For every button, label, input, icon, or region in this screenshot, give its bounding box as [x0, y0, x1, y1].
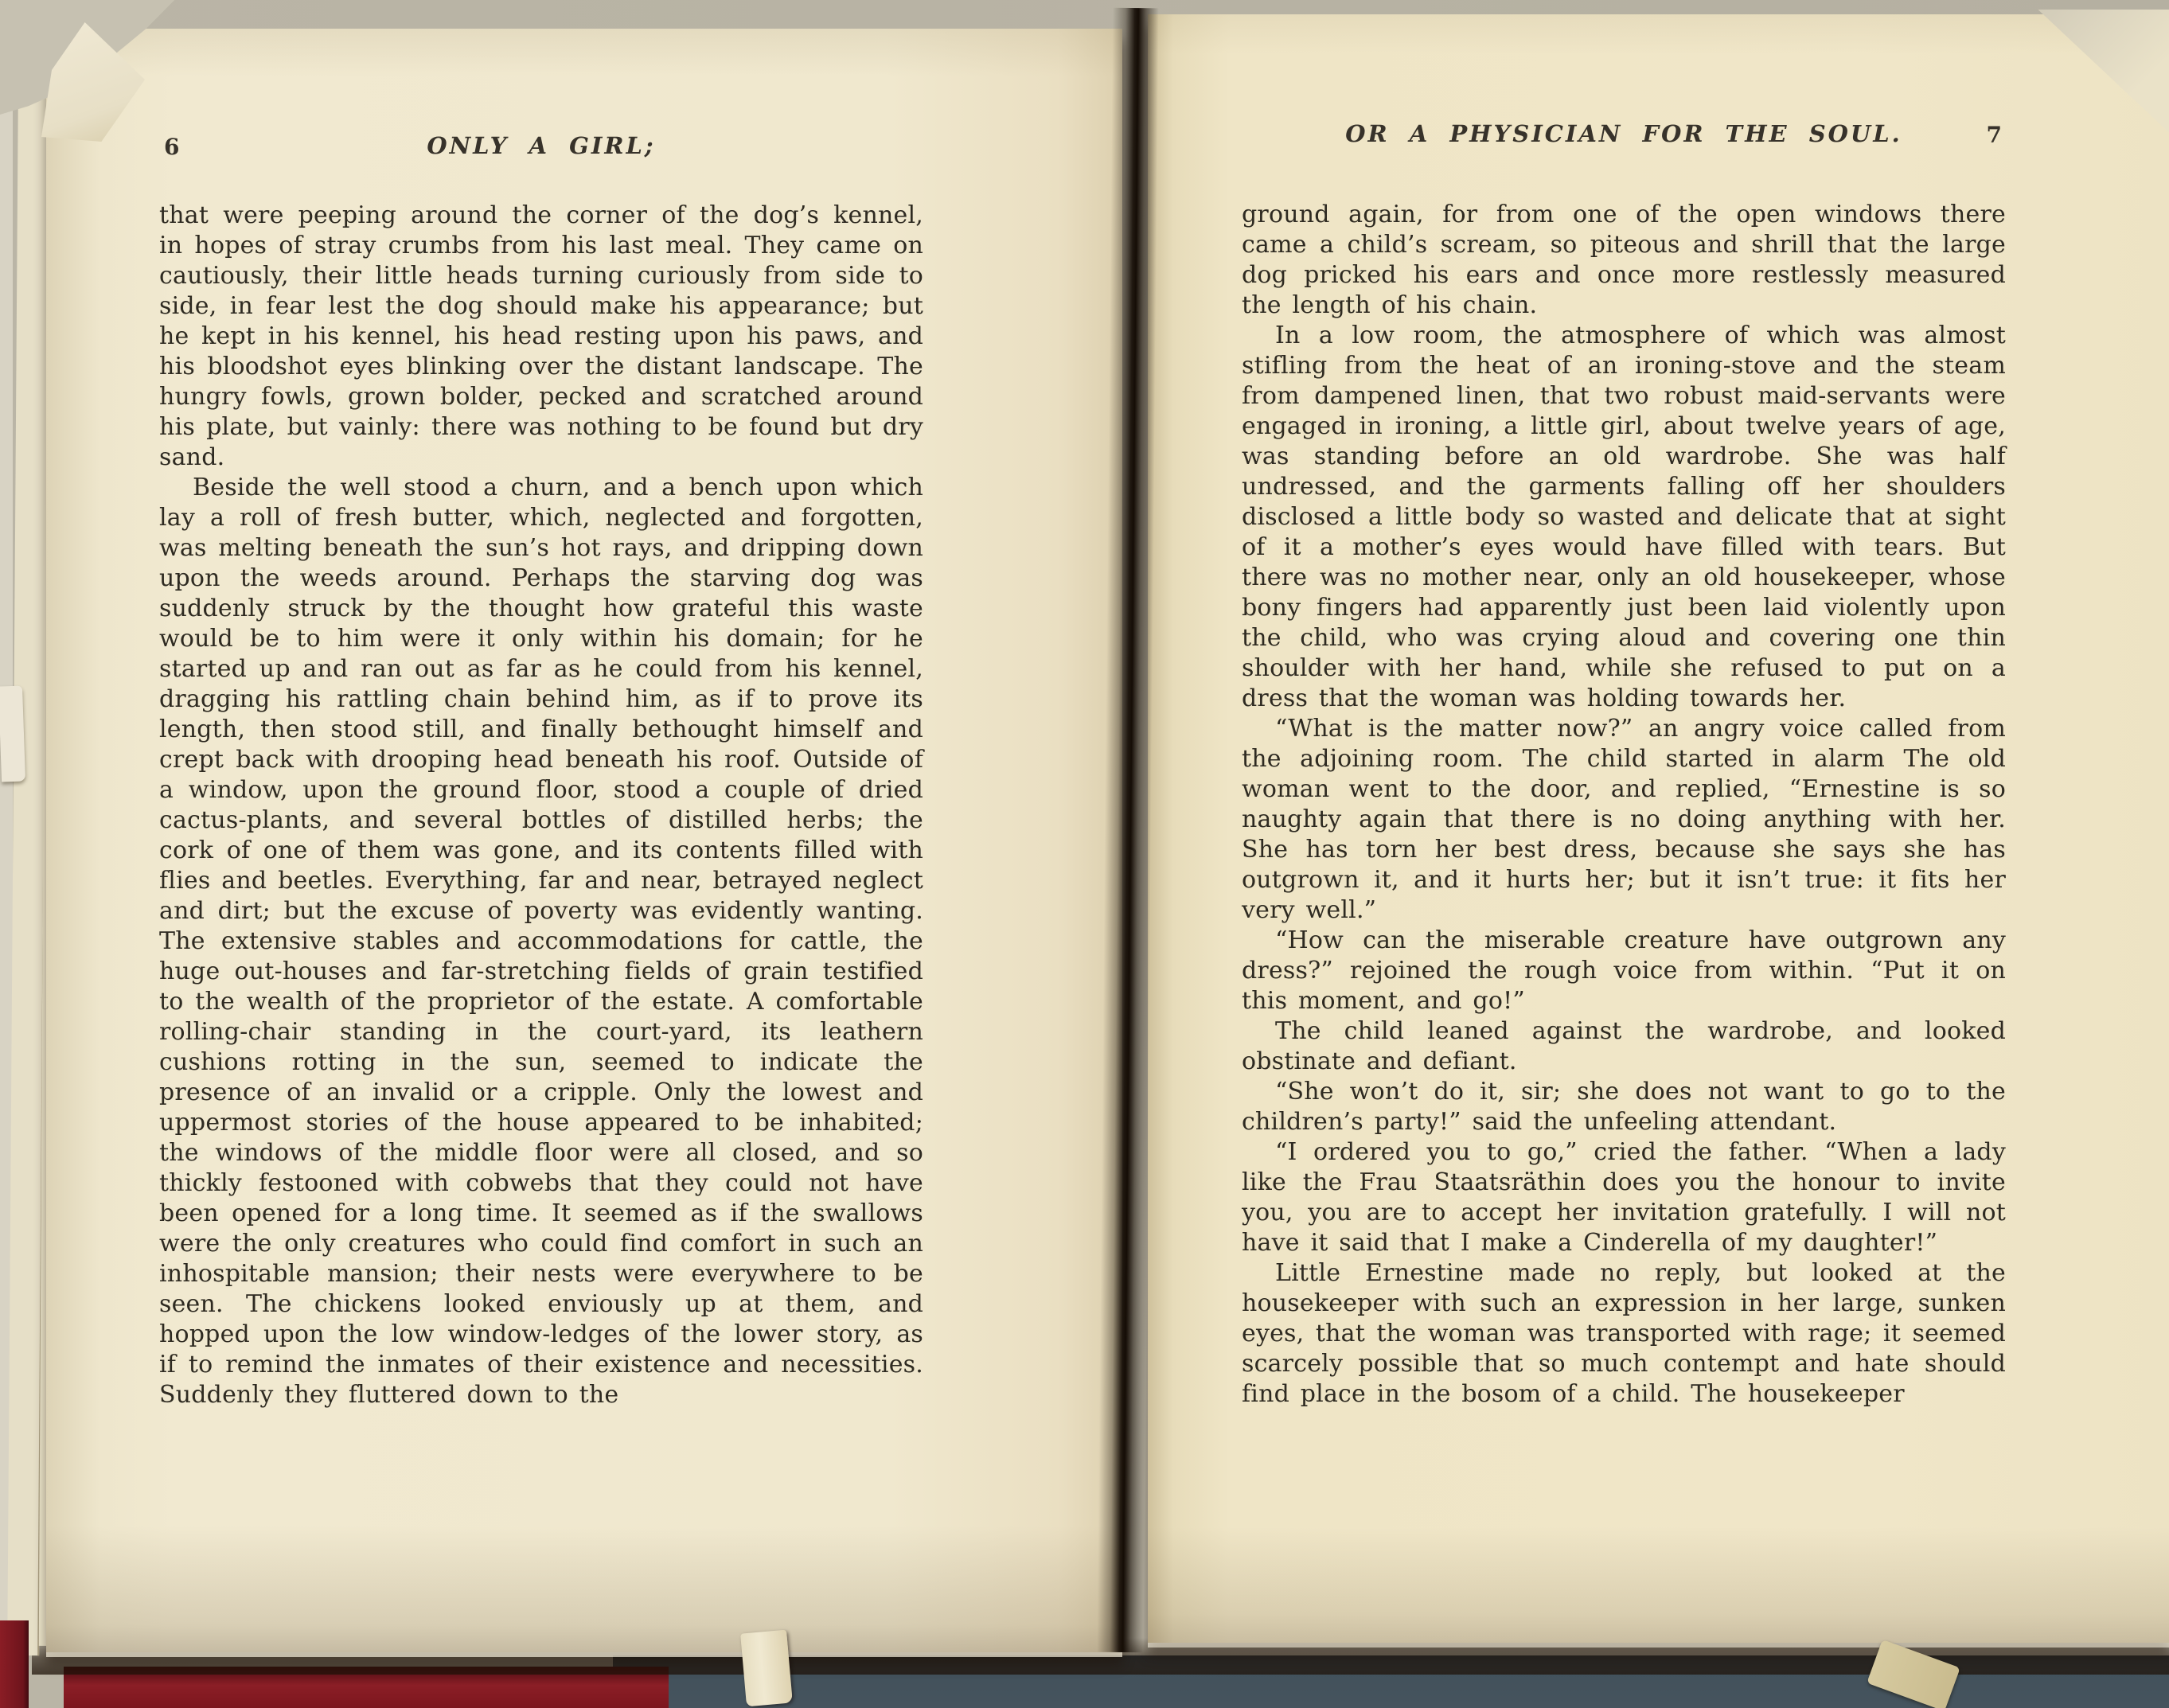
paper-tab-left [0, 686, 25, 782]
left-running-title: ONLY A GIRL; [159, 132, 923, 159]
page-right: OR A PHYSICIAN FOR THE SOUL. 7 ground ag… [1148, 14, 2169, 1643]
paragraph: Little Ernestine made no reply, but look… [1242, 1258, 2006, 1410]
right-running-head: OR A PHYSICIAN FOR THE SOUL. 7 [1242, 120, 2006, 152]
paragraph: that were peeping around the corner of t… [159, 201, 923, 473]
paragraph: Beside the well stood a churn, and a ben… [159, 473, 923, 1410]
paragraph: “I ordered you to go,” cried the father.… [1242, 1137, 2006, 1258]
paragraph: In a low room, the atmosphere of which w… [1242, 321, 2006, 714]
right-page-number: 7 [1987, 122, 2003, 148]
book-cover-red-corner [0, 1620, 29, 1708]
page-right-body: ground again, for from one of the open w… [1242, 200, 2006, 1410]
page-left-body: that were peeping around the corner of t… [159, 201, 923, 1410]
paragraph: ground again, for from one of the open w… [1242, 200, 2006, 321]
paragraph: “What is the matter now?” an angry voice… [1242, 714, 2006, 926]
paragraph: The child leaned against the wardrobe, a… [1242, 1016, 2006, 1077]
book-scan: 6 ONLY A GIRL; that were peeping around … [0, 0, 2169, 1708]
left-page-number: 6 [164, 134, 180, 160]
left-running-head: 6 ONLY A GIRL; [159, 132, 923, 164]
right-running-title: OR A PHYSICIAN FOR THE SOUL. [1242, 120, 2006, 147]
paper-tab-bottom [740, 1630, 793, 1707]
page-left: 6 ONLY A GIRL; that were peeping around … [46, 29, 1122, 1652]
paragraph: “How can the miserable creature have out… [1242, 926, 2006, 1016]
paragraph: “She won’t do it, sir; she does not want… [1242, 1077, 2006, 1137]
